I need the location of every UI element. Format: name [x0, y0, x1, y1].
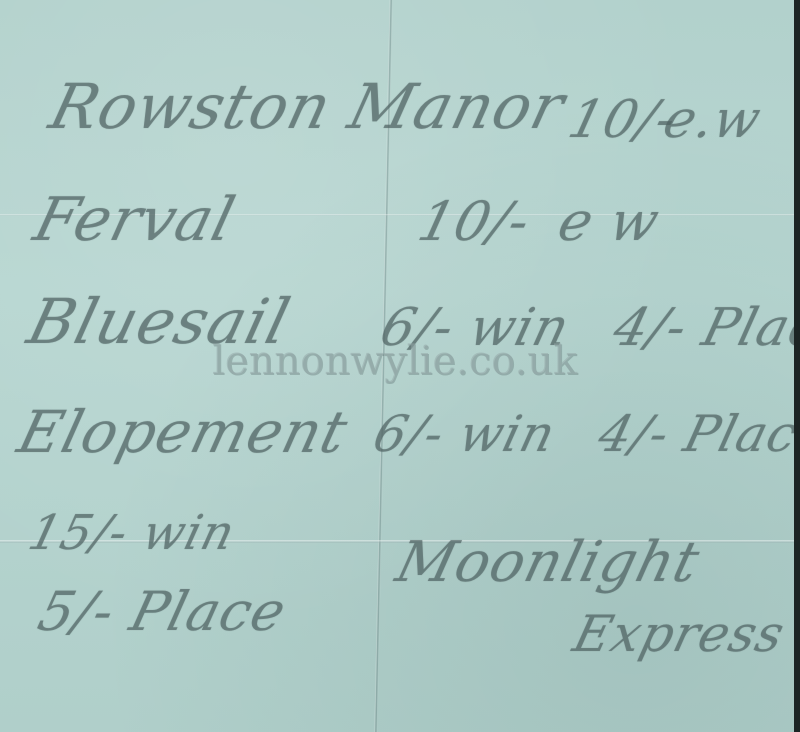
line-2-bet-type: e w — [552, 190, 666, 253]
line-2-stake: 10/- — [412, 190, 537, 253]
line-4-win-stake: 6/- win — [368, 405, 562, 463]
watermark: lennonwylie.co.uk — [212, 338, 577, 384]
line-5-win-stake: 15/- win — [23, 505, 241, 561]
line-4-horse: Elopement — [12, 398, 355, 466]
line-5-horse-word-1: Moonlight — [390, 530, 706, 595]
paper-sheet: Rowston Manor 10/- e.w Ferval 10/- e w B… — [0, 0, 794, 732]
scan-edge-shadow — [794, 0, 800, 732]
line-4-place-stake: 4/- Place — [593, 405, 794, 463]
line-3-place-stake: 4/- Place — [608, 298, 794, 358]
line-1-bet-type: e.w — [658, 90, 768, 150]
line-1-horse-first-word: Rowston Manor — [43, 70, 572, 143]
line-2-horse: Ferval — [27, 185, 242, 255]
line-5-place-stake: 5/- Place — [32, 580, 293, 643]
line-5-horse-word-2: Express — [568, 605, 791, 663]
